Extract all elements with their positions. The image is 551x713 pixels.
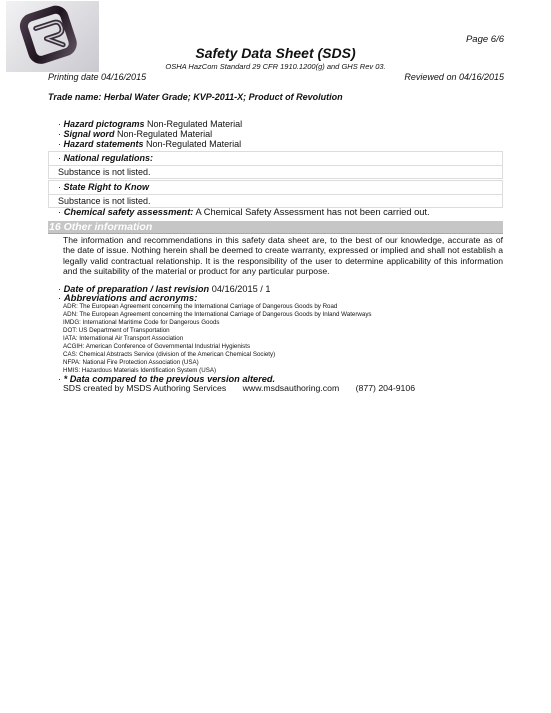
chemical-safety-label: Chemical safety assessment:: [64, 207, 194, 217]
footer-credits: SDS created by MSDS Authoring Services w…: [63, 383, 429, 393]
reviewed-date: Reviewed on 04/16/2015: [404, 72, 504, 82]
abbreviation-item: IATA: International Air Transport Associ…: [63, 335, 372, 343]
hazard-statements-value: Non-Regulated Material: [146, 139, 241, 149]
printing-date: Printing date 04/16/2015: [48, 72, 146, 82]
document-title: Safety Data Sheet (SDS): [0, 45, 551, 61]
hazard-statements-label: Hazard statements: [64, 139, 144, 149]
abbreviation-item: DOT: US Department of Transportation: [63, 327, 372, 335]
chemical-safety-value: A Chemical Safety Assessment has not bee…: [195, 207, 429, 217]
abbreviation-item: CAS: Chemical Abstracts Service (divisio…: [63, 351, 372, 359]
footer-phone: (877) 204-9106: [356, 383, 415, 393]
national-regulations-value: Substance is not listed.: [49, 165, 502, 178]
footer-created-by: SDS created by MSDS Authoring Services: [63, 383, 226, 393]
abbreviation-item: ADN: The European Agreement concerning t…: [63, 311, 372, 319]
document-subtitle: OSHA HazCom Standard 29 CFR 1910.1200(g)…: [0, 62, 551, 71]
disclaimer-paragraph: The information and recommendations in t…: [63, 235, 503, 276]
section-16-heading: 16 Other information: [48, 221, 503, 234]
signal-word-label: Signal word: [64, 129, 115, 139]
hazard-pictograms-line: · Hazard pictograms Non-Regulated Materi…: [58, 119, 242, 129]
hazard-pictograms-label: Hazard pictograms: [64, 119, 145, 129]
national-regulations-heading: · National regulations:: [49, 152, 502, 165]
page-number: Page 6/6: [466, 34, 504, 45]
abbreviation-item: NFPA: National Fire Protection Associati…: [63, 359, 372, 367]
signal-word-line: · Signal word Non-Regulated Material: [58, 129, 212, 139]
abbreviation-item: IMDG: International Maritime Code for Da…: [63, 319, 372, 327]
signal-word-value: Non-Regulated Material: [117, 129, 212, 139]
hazard-pictograms-value: Non-Regulated Material: [147, 119, 242, 129]
national-regulations-label: National regulations:: [64, 153, 154, 163]
state-right-to-know-label: State Right to Know: [64, 182, 150, 192]
state-right-to-know-heading: · State Right to Know: [49, 181, 502, 194]
date-of-preparation-value: 04/16/2015 / 1: [212, 284, 271, 294]
abbreviation-item: ADR: The European Agreement concerning t…: [63, 303, 372, 311]
abbreviation-item: ACGIH: American Conference of Government…: [63, 343, 372, 351]
hazard-statements-line: · Hazard statements Non-Regulated Materi…: [58, 139, 241, 149]
national-regulations-box: · National regulations: Substance is not…: [48, 151, 503, 179]
state-right-to-know-value: Substance is not listed.: [49, 194, 502, 207]
state-right-to-know-box: · State Right to Know Substance is not l…: [48, 180, 503, 208]
trade-name: Trade name: Herbal Water Grade; KVP-2011…: [48, 92, 343, 102]
footer-website: www.msdsauthoring.com: [243, 383, 340, 393]
abbreviations-list: ADR: The European Agreement concerning t…: [63, 303, 372, 375]
chemical-safety-line: · Chemical safety assessment: A Chemical…: [58, 207, 430, 217]
